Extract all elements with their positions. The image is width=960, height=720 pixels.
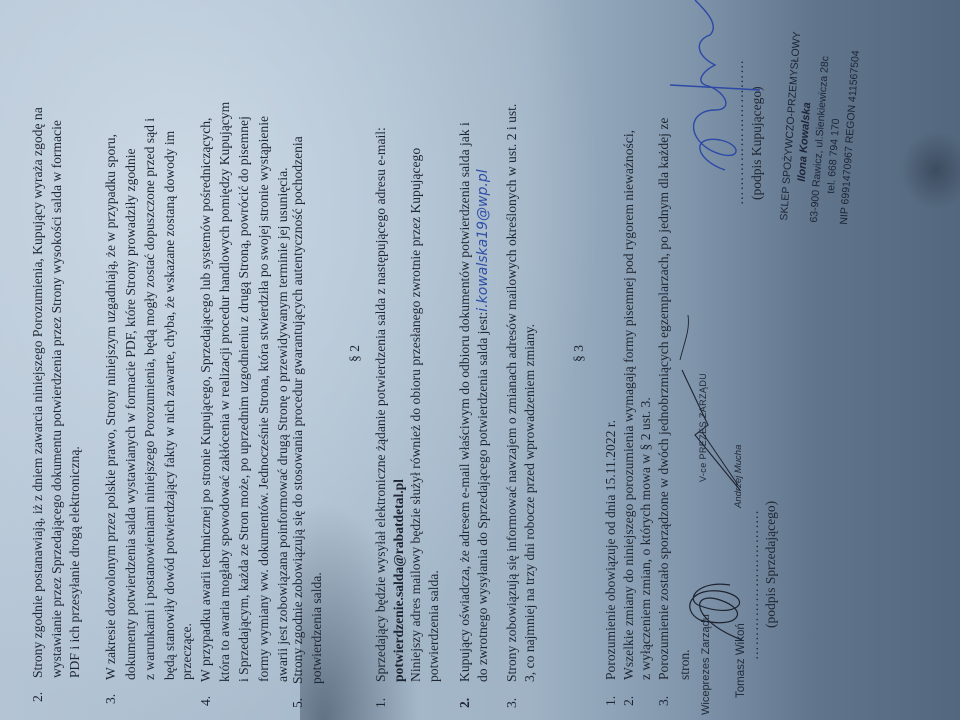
buyer-signature-scribble (665, 0, 765, 180)
buyer-company-stamp: SKLEP SPOŻYWCZO-PRZEMYSŁOWY Ilona Kowals… (777, 31, 865, 225)
section2-item-3: 3. Strony zobowiązują się informować naw… (503, 104, 539, 708)
section1-item-3: 3. W zakresie dozwolonym przez polskie p… (101, 118, 197, 704)
section1-item-5: 5. Strony zgodnie zobowiązują się do sto… (288, 136, 326, 708)
section3-heading: § 3 (570, 345, 589, 362)
seller-signature-scribble (680, 320, 760, 660)
seller-email: potwierdzenie.salda@rabatdetal.pl (390, 127, 408, 682)
section2-item-1: 1. Sprzedający będzie wysyłał elektronic… (372, 127, 442, 708)
seller-signature-caption: (podpis Sprzedającego) (762, 501, 781, 628)
section1-item-2: 2. Strony zgodnie postanawiają, iż z dni… (29, 107, 85, 702)
section2-item-2: 2. Kupujący oświadcza, że adresem e-mail… (456, 122, 492, 708)
handwritten-buyer-email: i.kowalska19@wp.pl (475, 169, 491, 311)
section1-item-4: 4. W przypadku awarii technicznej po str… (196, 102, 292, 706)
section2-heading: § 2 (346, 345, 365, 362)
rotated-document-page: 2. Strony zgodnie postanawiają, iż z dni… (0, 0, 960, 720)
